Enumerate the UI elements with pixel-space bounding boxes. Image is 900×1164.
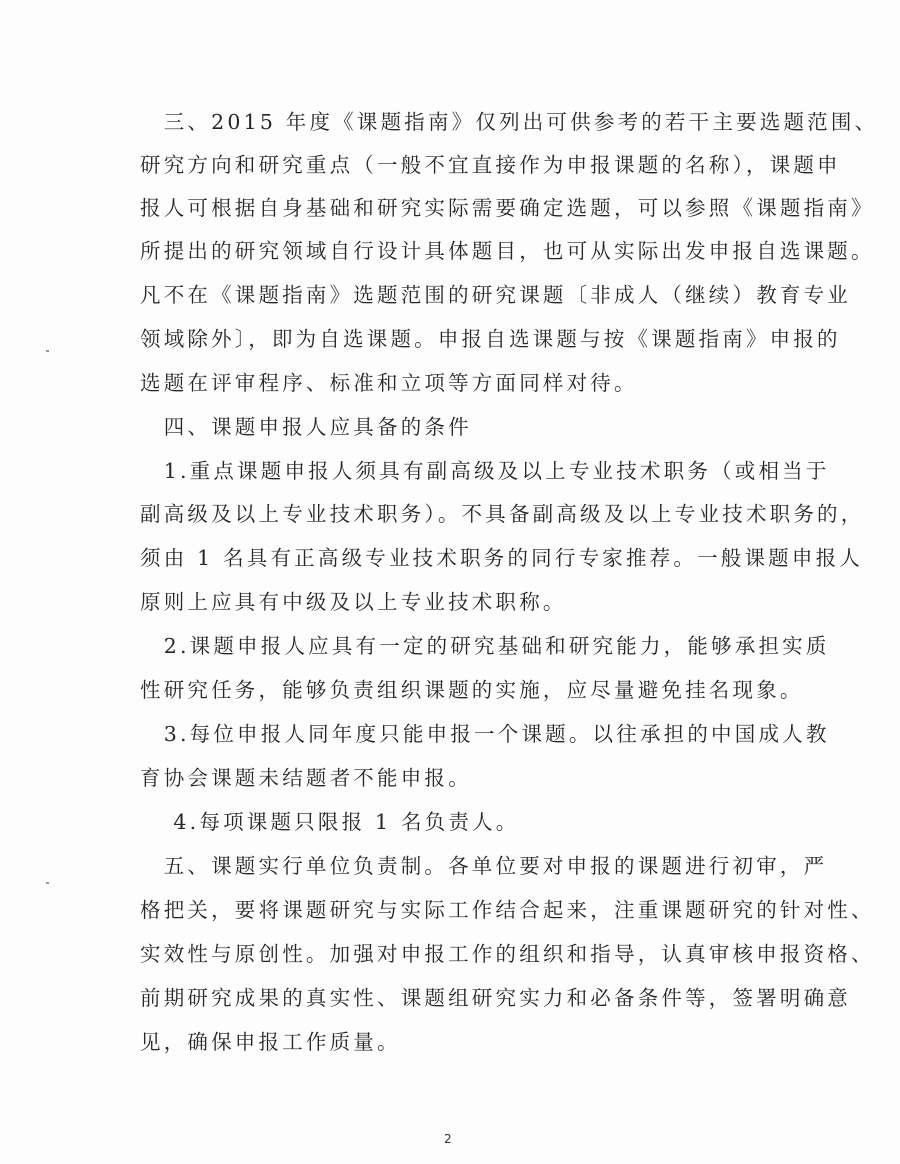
- text-line: 所提出的研究领域自行设计具体题目，也可从实际出发申报自选课题。: [140, 237, 875, 265]
- text-line: 领域除外〕，即为自选课题。申报自选课题与按《课题指南》申报的: [140, 325, 841, 353]
- document-page: 三、2015 年度《课题指南》仅列出可供参考的若干主要选题范围、 研究方向和研究…: [0, 0, 900, 1164]
- text-line: 报人可根据自身基础和研究实际需要确定选题，可以参照《课题指南》: [140, 194, 875, 222]
- text-line: 4.每项课题只限报 1 名负责人。: [140, 808, 519, 836]
- section-heading: 四、课题申报人应具备的条件: [140, 413, 472, 441]
- text-line: 见，确保申报工作质量。: [140, 1028, 401, 1056]
- text-line: 格把关，要将课题研究与实际工作结合起来，注重课题研究的针对性、: [140, 896, 875, 924]
- text-line: 凡不在《课题指南》选题范围的研究课题〔非成人（继续）教育专业: [140, 281, 851, 309]
- text-line: 三、2015 年度《课题指南》仅列出可供参考的若干主要选题范围、: [140, 108, 878, 136]
- text-line: 须由 1 名具有正高级专业技术职务的同行专家推荐。一般课题申报人: [140, 544, 863, 572]
- text-line: 3.每位申报人同年度只能申报一个课题。以往承担的中国成人教: [140, 720, 830, 748]
- text-line: 性研究任务，能够负责组织课题的实施，应尽量避免挂名现象。: [140, 676, 804, 704]
- text-line: 研究方向和研究重点（一般不宜直接作为申报课题的名称），课题申: [140, 151, 841, 179]
- scan-artifact: [46, 882, 49, 884]
- text-line: 1.重点课题申报人须具有副高级及以上专业技术职务（或相当于: [140, 457, 830, 485]
- scan-artifact: [46, 350, 49, 352]
- text-line: 原则上应具有中级及以上专业技术职称。: [140, 588, 567, 616]
- text-line: 选题在评审程序、标准和立项等方面同样对待。: [140, 369, 638, 397]
- text-line: 2.课题申报人应具有一定的研究基础和研究能力，能够承担实质: [140, 632, 830, 660]
- text-line: 副高级及以上专业技术职务）。不具备副高级及以上专业技术职务的，: [140, 500, 864, 528]
- text-line: 育协会课题未结题者不能申报。: [140, 764, 472, 792]
- text-line: 五、课题实行单位负责制。各单位要对申报的课题进行初审，严: [140, 852, 827, 880]
- page-number: 2: [444, 1132, 452, 1146]
- text-line: 实效性与原创性。加强对申报工作的组织和指导，认真审核申报资格、: [140, 940, 875, 968]
- text-line: 前期研究成果的真实性、课题组研究实力和必备条件等，签署明确意: [140, 984, 851, 1012]
